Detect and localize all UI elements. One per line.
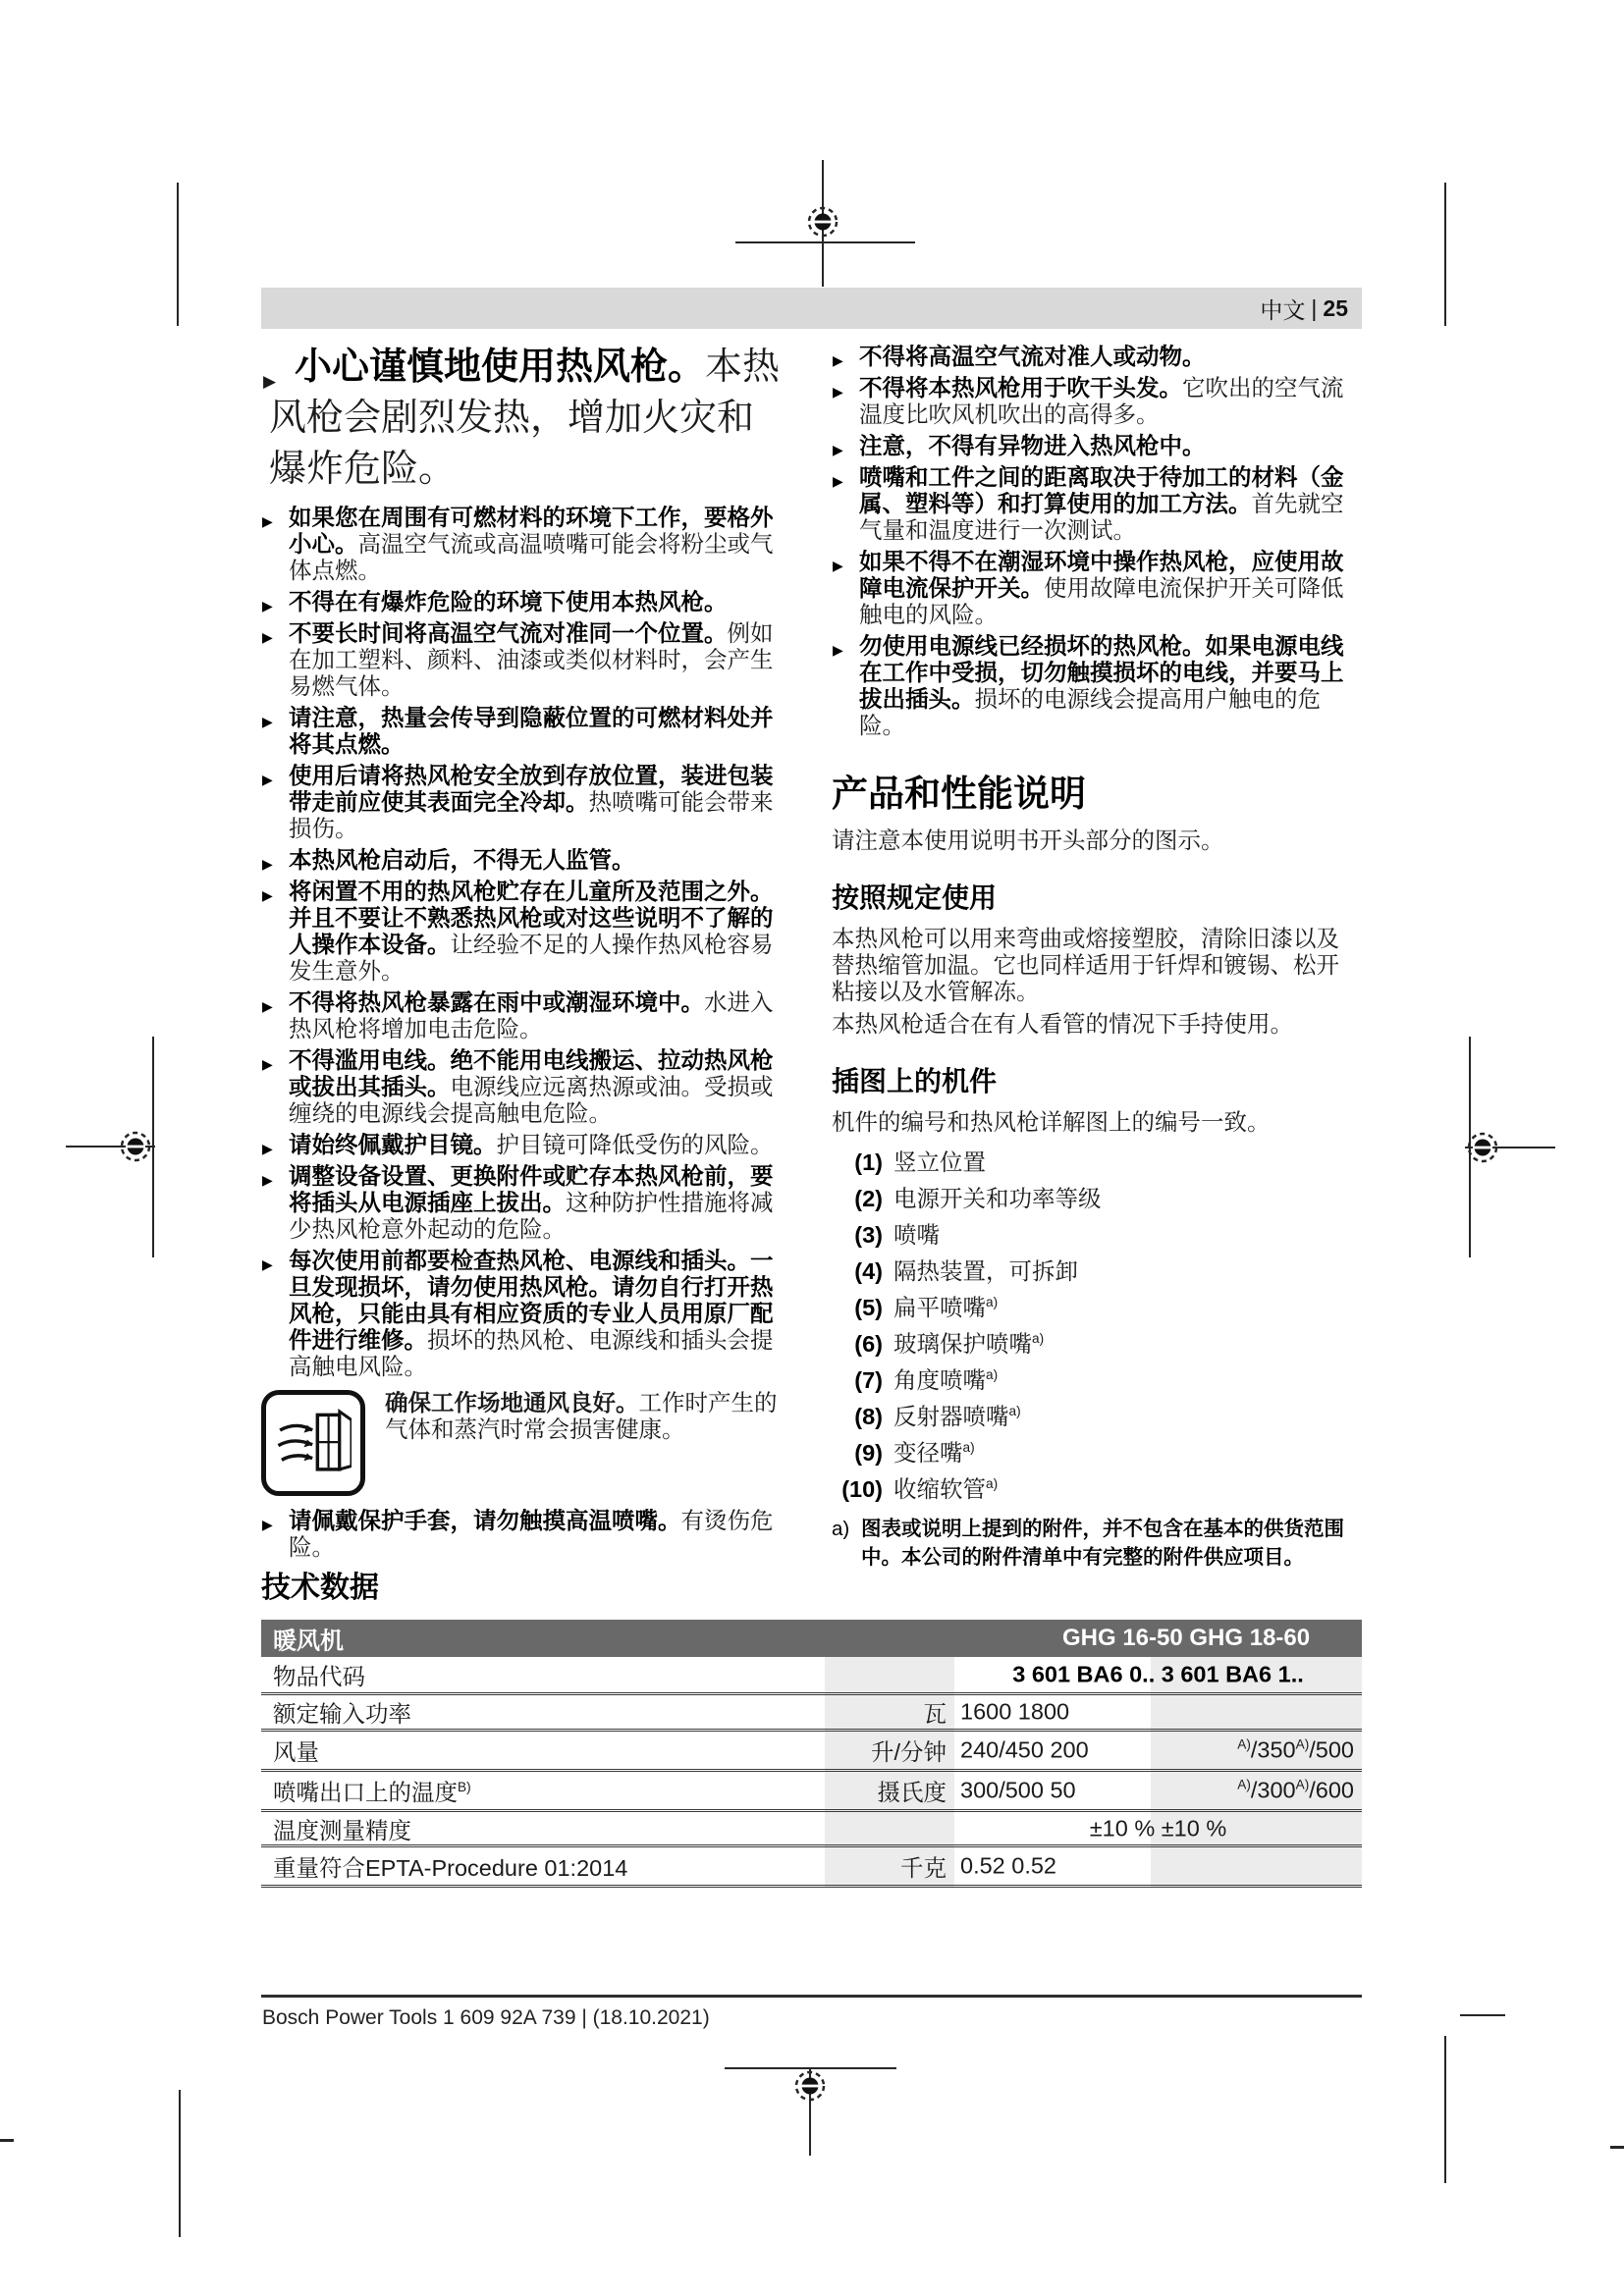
table-row-article-number: 物品代码 3 601 BA6 0.. 3 601 BA6 1.. xyxy=(261,1657,1362,1695)
bullet-triangle-icon: ▶ xyxy=(262,1051,273,1078)
bullet-triangle-icon: ▶ xyxy=(262,593,273,619)
page-header-bar: 中文 | 25 xyxy=(261,288,1362,329)
bullet-triangle-icon: ▶ xyxy=(262,1252,273,1278)
safety-bullet: ▶不得在有爆炸危险的环境下使用本热风枪。 xyxy=(261,589,781,615)
part-item: (4)隔热装置，可拆卸 xyxy=(832,1258,1362,1285)
ventilation-text: 确保工作场地通风良好。工作时产生的气体和蒸汽时常会损害健康。 xyxy=(385,1390,778,1496)
safety-bullet: ▶如果您在周围有可燃材料的环境下工作，要格外小心。高温空气流或高温喷嘴可能会将粉… xyxy=(261,505,781,584)
table-row-temperature-accuracy: 温度测量精度 ±10 % ±10 % xyxy=(261,1812,1362,1847)
table-header-models: GHG 16-50 GHG 18-60 xyxy=(1062,1625,1310,1652)
parts-intro: 机件的编号和热风枪详解图上的编号一致。 xyxy=(832,1109,1362,1136)
bullet-triangle-icon: ▶ xyxy=(262,508,273,535)
footer-text: Bosch Power Tools 1 609 92A 739 | (18.10… xyxy=(262,2006,710,2030)
part-item: (10)收缩软管a) xyxy=(832,1476,1362,1503)
registration-target-icon xyxy=(114,1125,157,1168)
table-row-airflow: 风量 升/分钟 240/450 200 A)/350A)/500 xyxy=(261,1732,1362,1772)
crop-mark-bottom-right xyxy=(1444,2036,1446,2183)
safety-bullet-gloves: ▶请佩戴保护手套，请勿触摸高温喷嘴。有烫伤危险。 xyxy=(261,1508,781,1561)
section-intro: 请注意本使用说明书开头部分的图示。 xyxy=(832,828,1362,854)
safety-bullet: ▶每次使用前都要检查热风枪、电源线和插头。一旦发现损坏，请勿使用热风枪。请勿自行… xyxy=(261,1248,781,1380)
safety-bullet: ▶请注意，热量会传导到隐蔽位置的可燃材料处并将其点燃。 xyxy=(261,705,781,758)
part-item: (2)电源开关和功率等级 xyxy=(832,1186,1362,1212)
bullet-triangle-icon: ▶ xyxy=(262,1512,273,1538)
bullet-triangle-icon: ▶ xyxy=(262,882,273,909)
safety-bullet: ▶不得将热风枪暴露在雨中或潮湿环境中。水进入热风枪将增加电击危险。 xyxy=(261,989,781,1042)
safety-bullet: ▶不要长时间将高温空气流对准同一个位置。例如在加工塑料、颜料、油漆或类似材料时，… xyxy=(261,620,781,700)
registration-target-icon xyxy=(788,2064,832,2108)
bullet-triangle-icon: ▶ xyxy=(262,709,273,735)
table-body: 物品代码 3 601 BA6 0.. 3 601 BA6 1.. 额定输入功率 … xyxy=(261,1657,1362,1888)
part-item: (8)反射器喷嘴a) xyxy=(832,1404,1362,1430)
tech-data-title: 技术数据 xyxy=(261,1563,379,1606)
edge-dash-left xyxy=(0,2139,14,2142)
part-item: (9)变径嘴a) xyxy=(832,1440,1362,1467)
crop-mark-bottom-right-horizontal xyxy=(1460,2014,1505,2016)
bullet-triangle-icon: ▶ xyxy=(262,624,273,651)
safety-bullet: ▶不得将高温空气流对准人或动物。 xyxy=(832,344,1362,370)
intended-use-p2: 本热风枪适合在有人看管的情况下手持使用。 xyxy=(832,1011,1362,1038)
ventilation-note: 确保工作场地通风良好。工作时产生的气体和蒸汽时常会损害健康。 xyxy=(261,1390,781,1496)
bullet-triangle-icon: ▶ xyxy=(833,437,843,463)
table-header-row: 暖风机 GHG 16-50 GHG 18-60 xyxy=(261,1620,1362,1657)
edge-dash-right xyxy=(1610,2146,1624,2149)
safety-bullet: ▶调整设备设置、更换附件或贮存本热风枪前，要将插头从电源插座上拔出。这种防护性措… xyxy=(261,1163,781,1243)
right-column: ▶不得将高温空气流对准人或动物。 ▶不得将本热风枪用于吹干头发。它吹出的空气流温… xyxy=(832,344,1362,1572)
bullet-triangle-icon: ▶ xyxy=(262,1136,273,1162)
parts-footnote: a) 图表或说明上提到的附件，并不包含在基本的供货范围中。本公司的附件清单中有完… xyxy=(832,1515,1362,1572)
part-item: (1)竖立位置 xyxy=(832,1149,1362,1176)
tech-data-table: 暖风机 GHG 16-50 GHG 18-60 物品代码 3 601 BA6 0… xyxy=(261,1620,1362,1888)
part-item: (3)喷嘴 xyxy=(832,1222,1362,1249)
safety-bullet: ▶喷嘴和工件之间的距离取决于待加工的材料（金属、塑料等）和打算使用的加工方法。首… xyxy=(832,464,1362,544)
table-row-weight: 重量符合EPTA-Procedure 01:2014 千克 0.52 0.52 xyxy=(261,1847,1362,1888)
bullet-triangle-icon: ▶ xyxy=(833,637,843,664)
registration-target-icon xyxy=(801,200,844,243)
bullet-triangle-icon: ▶ xyxy=(833,347,843,374)
safety-bullet: ▶使用后请将热风枪安全放到存放位置，装进包装带走前应使其表面完全冷却。热喷嘴可能… xyxy=(261,763,781,842)
safety-bullet: ▶本热风枪启动后，不得无人监管。 xyxy=(261,847,781,874)
safety-bullet: ▶如果不得不在潮湿环境中操作热风枪，应使用故障电流保护开关。使用故障电流保护开关… xyxy=(832,549,1362,628)
header-language: 中文 xyxy=(1260,293,1305,325)
bullet-triangle-icon: ▶ xyxy=(262,767,273,793)
subsection-parts: 插图上的机件 xyxy=(832,1065,1362,1097)
section-title: 产品和性能说明 xyxy=(832,773,1362,816)
bullet-triangle-icon: ▶ xyxy=(833,553,843,579)
subsection-intended-use: 按照规定使用 xyxy=(832,881,1362,914)
part-item: (5)扁平喷嘴a) xyxy=(832,1295,1362,1321)
part-item: (6)玻璃保护喷嘴a) xyxy=(832,1331,1362,1358)
crop-mark-top-right xyxy=(1444,183,1446,326)
safety-bullet: ▶请始终佩戴护目镜。护目镜可降低受伤的风险。 xyxy=(261,1132,781,1158)
manual-page: 中文 | 25 ▶小心谨慎地使用热风枪。本热风枪会剧烈发热，增加火灾和爆炸危险。… xyxy=(0,0,1624,2296)
table-row-rated-power: 额定输入功率 瓦 1600 1800 xyxy=(261,1695,1362,1732)
bullet-triangle-icon: ▶ xyxy=(262,1167,273,1194)
warning-bold: 小心谨慎地使用热风枪。 xyxy=(295,347,705,388)
parts-list: (1)竖立位置 (2)电源开关和功率等级 (3)喷嘴 (4)隔热装置，可拆卸 (… xyxy=(832,1149,1362,1503)
table-row-nozzle-temperature: 喷嘴出口上的温度B) 摄氏度 300/500 50 A)/300A)/600 xyxy=(261,1772,1362,1812)
safety-bullet: ▶将闲置不用的热风枪贮存在儿童所及范围之外。并且不要让不熟悉热风枪或对这些说明不… xyxy=(261,879,781,985)
safety-bullet: ▶不得滥用电线。绝不能用电线搬运、拉动热风枪或拔出其插头。电源线应远离热源或油。… xyxy=(261,1047,781,1127)
bullet-triangle-icon: ▶ xyxy=(262,851,273,878)
safety-bullet: ▶注意，不得有异物进入热风枪中。 xyxy=(832,433,1362,459)
warning-big: ▶小心谨慎地使用热风枪。本热风枪会剧烈发热，增加火灾和爆炸危险。 xyxy=(261,342,781,495)
bullet-triangle-icon: ▶ xyxy=(262,993,273,1020)
registration-target-icon xyxy=(1461,1126,1504,1169)
bullet-triangle-icon: ▶ xyxy=(833,379,843,405)
bullet-triangle-icon: ▶ xyxy=(263,356,276,407)
page-number: 25 xyxy=(1323,295,1348,322)
crop-mark-bottom-left xyxy=(179,2090,181,2237)
left-column: ▶小心谨慎地使用热风枪。本热风枪会剧烈发热，增加火灾和爆炸危险。 ▶如果您在周围… xyxy=(261,342,781,1566)
footer-rule xyxy=(261,1995,1362,1998)
open-window-ventilation-icon xyxy=(261,1390,365,1496)
intended-use-p1: 本热风枪可以用来弯曲或熔接塑胶，清除旧漆以及替热缩管加温。它也同样适用于钎焊和镀… xyxy=(832,926,1362,1005)
table-header-product: 暖风机 xyxy=(273,1622,344,1656)
bullet-triangle-icon: ▶ xyxy=(833,468,843,495)
safety-bullet: ▶勿使用电源线已经损坏的热风枪。如果电源电线在工作中受损，切勿触摸损坏的电线，并… xyxy=(832,633,1362,739)
crop-mark-top-left xyxy=(177,183,179,326)
header-divider: | xyxy=(1311,295,1317,322)
part-item: (7)角度喷嘴a) xyxy=(832,1367,1362,1394)
safety-bullet: ▶不得将本热风枪用于吹干头发。它吹出的空气流温度比吹风机吹出的高得多。 xyxy=(832,375,1362,428)
